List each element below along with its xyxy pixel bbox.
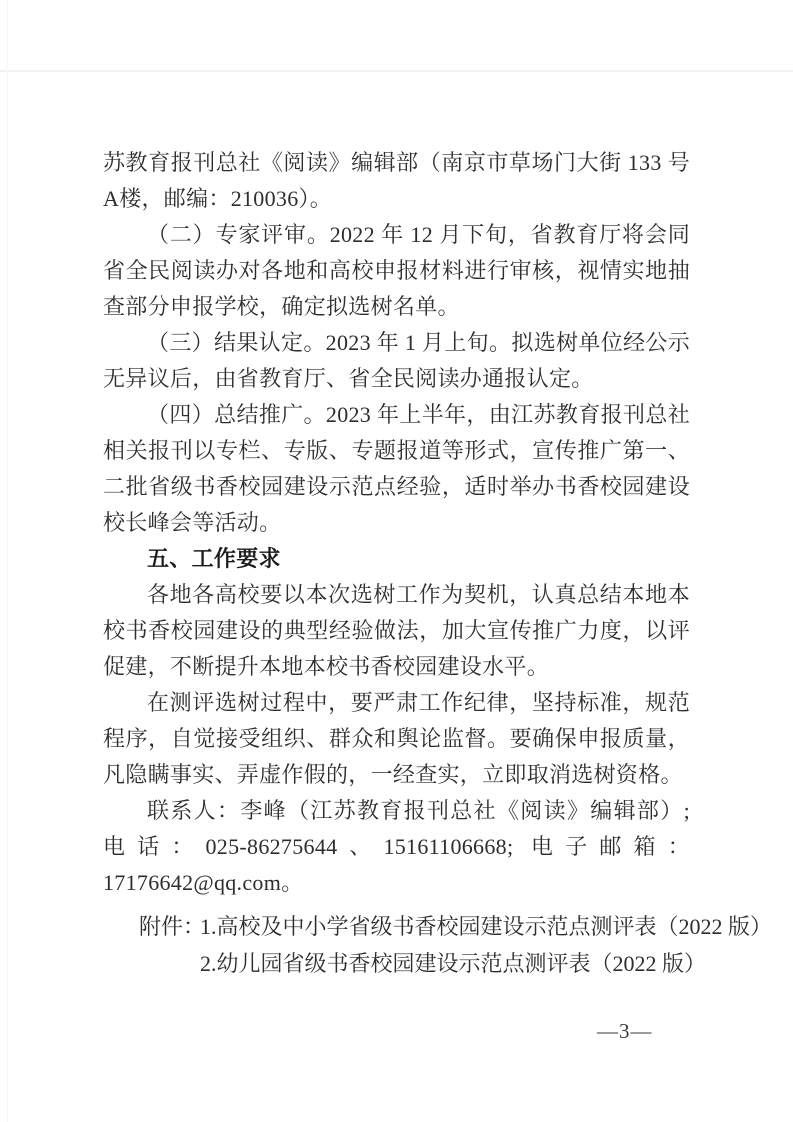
paragraph-expert-review: （二）专家评审。2022 年 12 月下旬，省教育厅将会同省全民阅读办对各地和高… xyxy=(103,217,690,325)
paragraph-result-confirmation: （三）结果认定。2023 年 1 月上旬。拟选树单位经公示无异议后，由省教育厅、… xyxy=(103,325,690,397)
attachment-item-1: 1.高校及中小学省级书香校园建设示范点测评表（2022 版） xyxy=(200,914,772,939)
paragraph-work-requirement-1: 各地各高校要以本次选树工作为契机，认真总结本地本校书香校园建设的典型经验做法，加… xyxy=(103,577,690,685)
attachments-block: 附件：1.高校及中小学省级书香校园建设示范点测评表（2022 版） 2.幼儿园省… xyxy=(139,908,699,982)
scan-artifact-horizontal-line xyxy=(0,70,793,72)
paragraph-contact-address-continuation: 苏教育报刊总社《阅读》编辑部（南京市草场门大街 133 号 A楼，邮编：2100… xyxy=(103,145,690,217)
page-number: —3— xyxy=(597,1019,653,1044)
attachment-item-2: 2.幼儿园省级书香校园建设示范点测评表（2022 版） xyxy=(200,951,706,976)
paragraph-work-requirement-2: 在测评选树过程中，要严肃工作纪律，坚持标准，规范程序，自觉接受组织、群众和舆论监… xyxy=(103,685,690,793)
scanned-document-page: 苏教育报刊总社《阅读》编辑部（南京市草场门大街 133 号 A楼，邮编：2100… xyxy=(0,0,793,1122)
paragraph-summary-promotion: （四）总结推广。2023 年上半年，由江苏教育报刊总社相关报刊以专栏、专版、专题… xyxy=(103,397,690,541)
paragraph-contact-info: 联系人：李峰（江苏教育报刊总社《阅读》编辑部）; 电话：025-86275644… xyxy=(103,793,690,901)
scan-artifact-vertical-line xyxy=(7,0,8,1122)
attachment-line-1: 附件：1.高校及中小学省级书香校园建设示范点测评表（2022 版） xyxy=(139,908,699,945)
attachments-label: 附件： xyxy=(139,908,200,945)
attachment-line-2: 2.幼儿园省级书香校园建设示范点测评表（2022 版） xyxy=(139,945,699,982)
document-body: 苏教育报刊总社《阅读》编辑部（南京市草场门大街 133 号 A楼，邮编：2100… xyxy=(103,145,690,901)
section-heading-work-requirements: 五、工作要求 xyxy=(103,541,690,577)
